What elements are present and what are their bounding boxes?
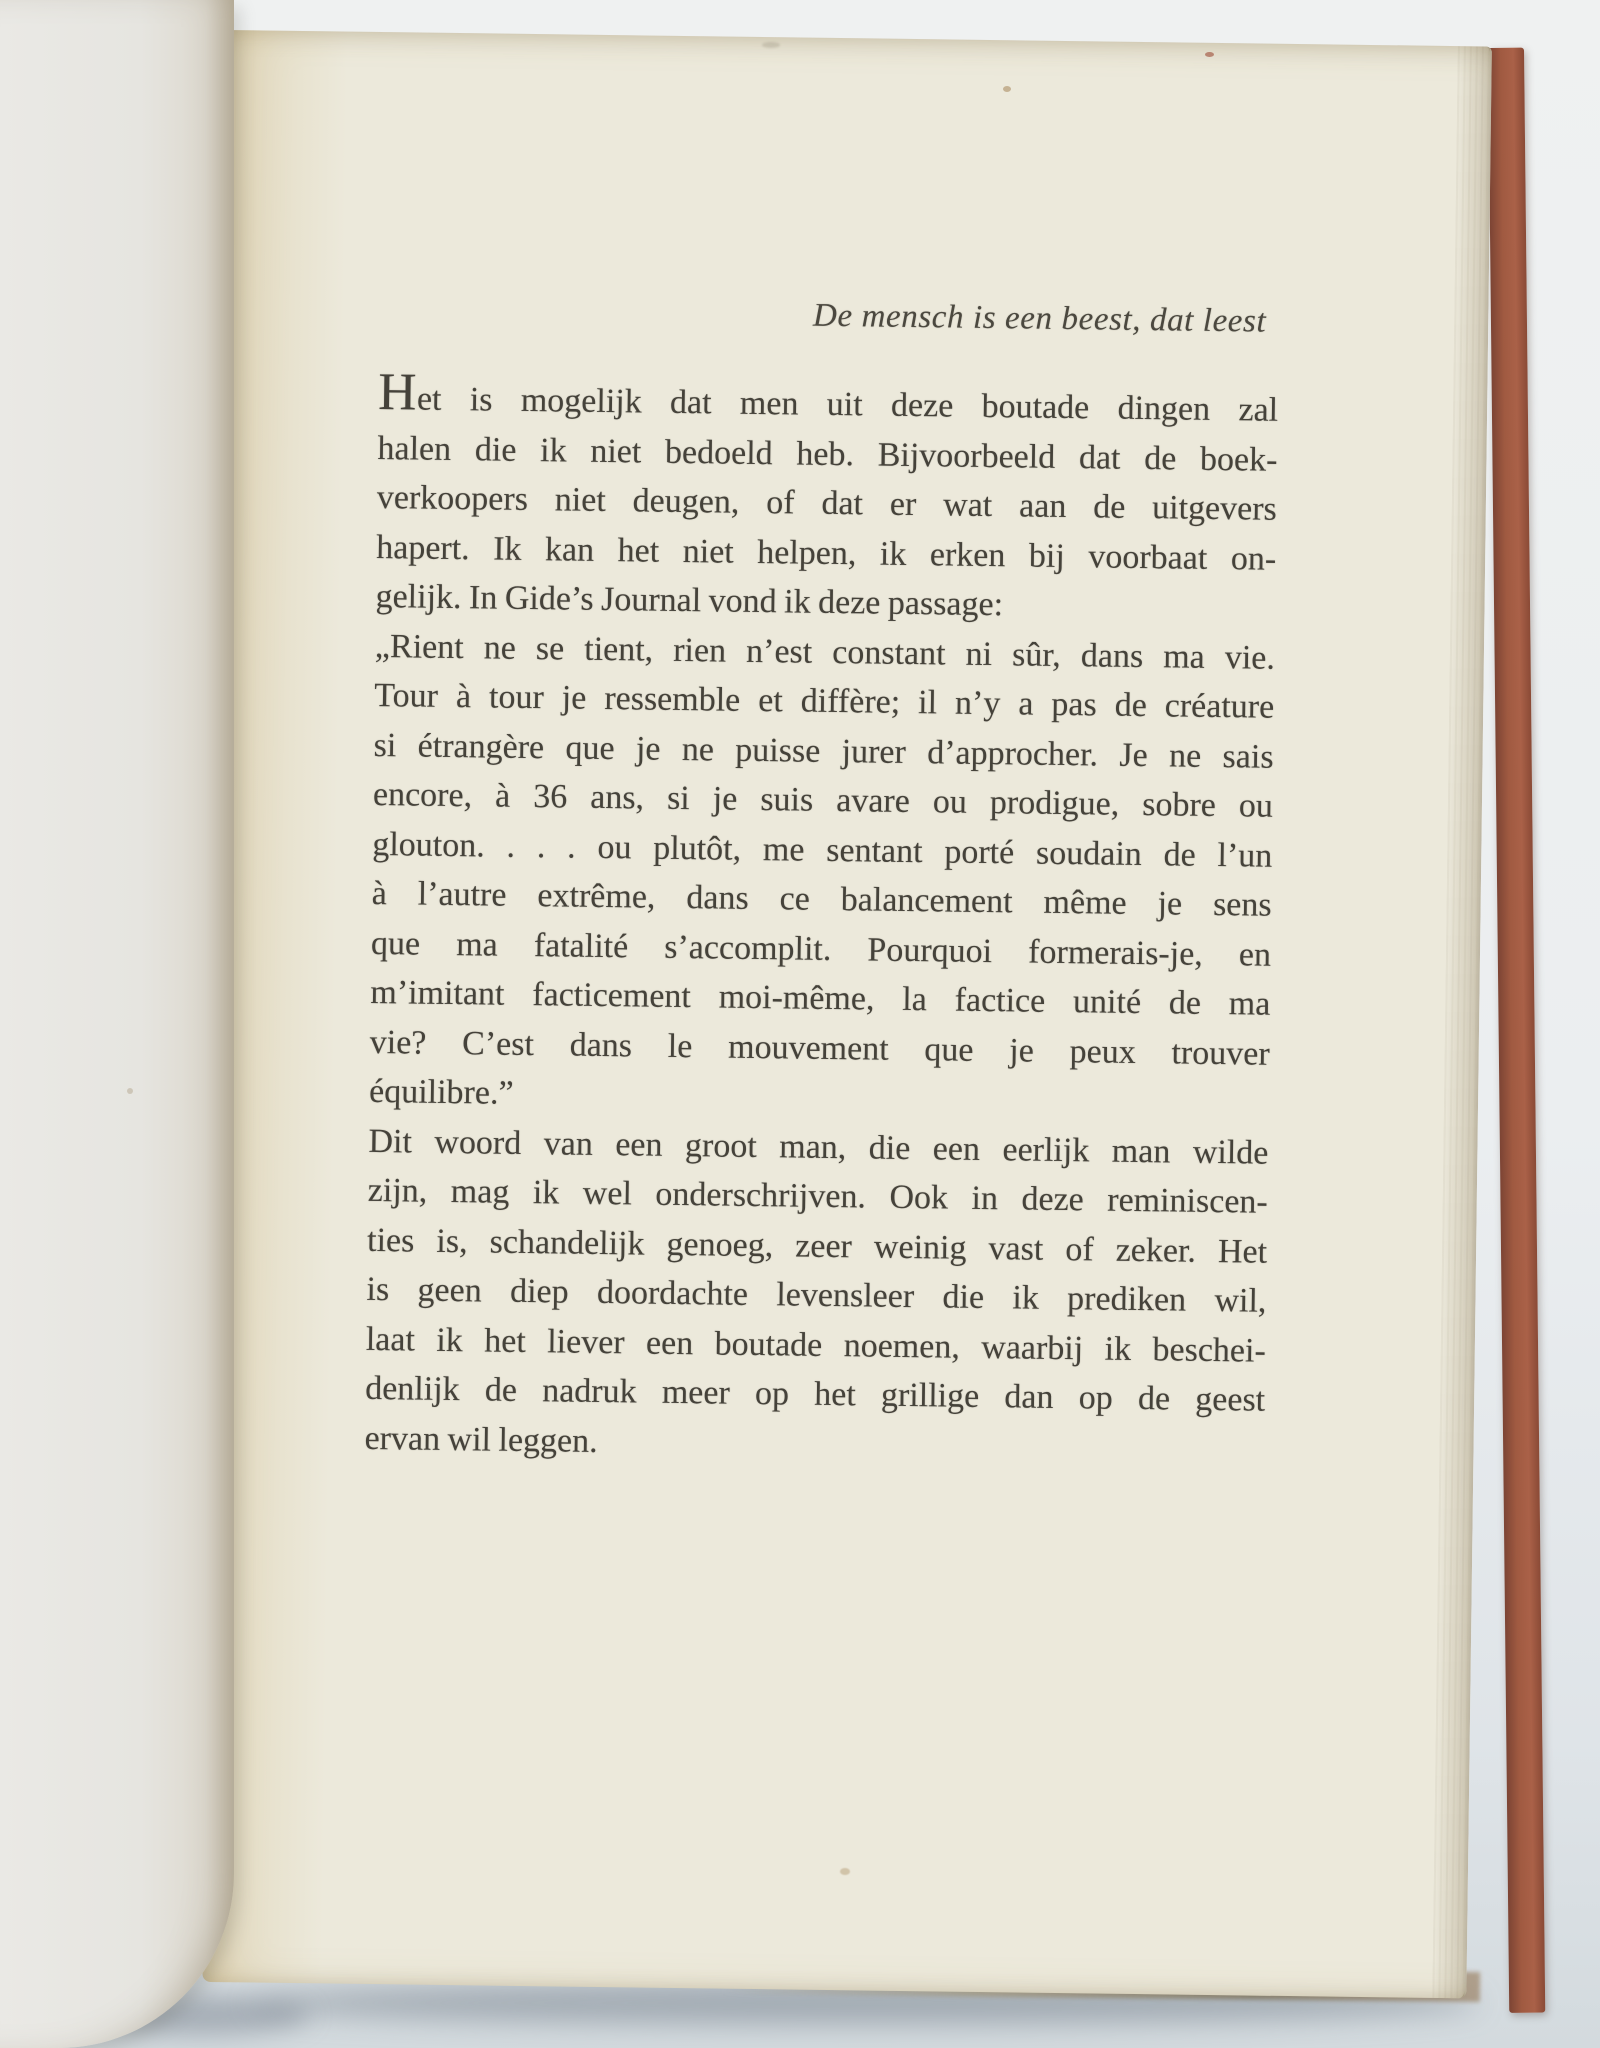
foxing-speck [762,42,780,48]
foxing-speck [1003,86,1011,92]
foxing-speck [840,1868,850,1875]
book-page: De mensch is een beest, dat leest Het is… [202,30,1491,1998]
book-cover-edge [1488,48,1545,2013]
foxing-speck [127,1088,133,1094]
fore-edge-pages [1432,46,1492,1998]
foxing-speck [1205,52,1214,57]
facing-page [0,0,234,2048]
body-text: Het is mogelijk dat men uit deze boutade… [364,374,1278,1475]
running-header: De mensch is een beest, dat leest [813,294,1267,344]
drop-cap: H [378,363,418,422]
text-line-1-rest: et is mogelijk dat men uit deze boutade … [417,381,1279,429]
book-photo: De mensch is een beest, dat leest Het is… [0,0,1600,2048]
